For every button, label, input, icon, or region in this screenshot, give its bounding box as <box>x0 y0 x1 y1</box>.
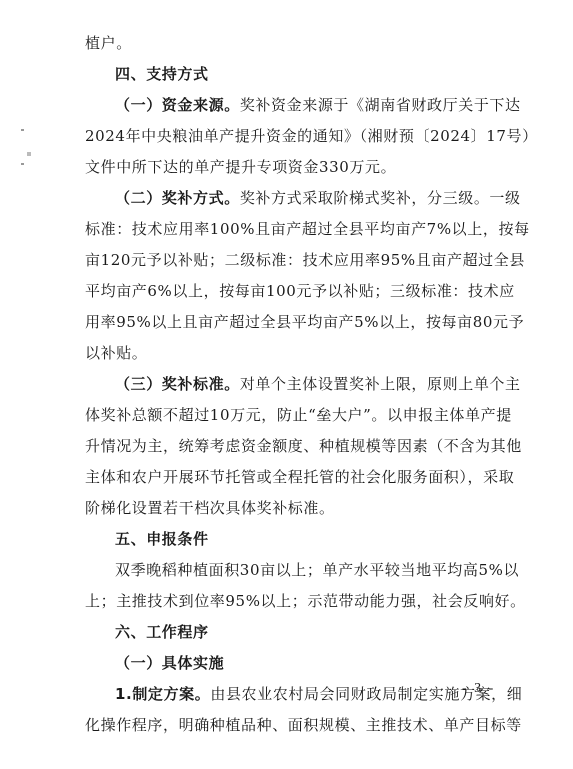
paragraph-line: 以补贴。 <box>85 338 499 369</box>
scan-artifact <box>27 152 31 156</box>
subheading-make-plan: 1.制定方案。 <box>115 685 210 703</box>
paragraph-line: 植户。 <box>85 28 499 59</box>
paragraph-line: 标准：技术应用率100%且亩产超过全县平均亩产7%以上，按每 <box>85 214 499 245</box>
paragraph-line: 平均亩产6%以上，按每亩100元予以补贴；三级标准：技术应 <box>85 276 499 307</box>
paragraph-line: （三）奖补标准。对单个主体设置奖补上限，原则上单个主 <box>85 369 499 400</box>
paragraph-line: 升情况为主，统筹考虑资金额度、种植规模等因素（不含为其他 <box>85 431 499 462</box>
document-page: 植户。 四、支持方式 （一）资金来源。奖补资金来源于《湖南省财政厅关于下达 20… <box>85 28 499 741</box>
section-heading-application-conditions: 五、申报条件 <box>85 524 499 555</box>
paragraph-text: 奖补方式采取阶梯式奖补，分三级。一级 <box>240 189 521 207</box>
paragraph-line: 2024年中央粮油单产提升资金的通知》（湘财预〔2024〕17号） <box>85 121 499 152</box>
subheading-fund-source: （一）资金来源。 <box>115 96 240 114</box>
paragraph-line: （一）资金来源。奖补资金来源于《湖南省财政厅关于下达 <box>85 90 499 121</box>
paragraph-line: 文件中所下达的单产提升专项资金330万元。 <box>85 152 499 183</box>
paragraph-line: 亩120元予以补贴；二级标准：技术应用率95%且亩产超过全县 <box>85 245 499 276</box>
paragraph-line: （二）奖补方式。奖补方式采取阶梯式奖补，分三级。一级 <box>85 183 499 214</box>
paragraph-text: 奖补资金来源于《湖南省财政厅关于下达 <box>240 96 521 114</box>
paragraph-line: 主体和农户开展环节托管或全程托管的社会化服务面积），采取 <box>85 462 499 493</box>
paragraph-line: 1.制定方案。由县农业农村局会同财政局制定实施方案，细 <box>85 679 499 710</box>
subheading-implementation: （一）具体实施 <box>85 648 499 679</box>
section-heading-work-procedure: 六、工作程序 <box>85 617 499 648</box>
paragraph-line: 上；主推技术到位率95%以上；示范带动能力强，社会反响好。 <box>85 586 499 617</box>
paragraph-line: 体奖补总额不超过10万元，防止“垒大户”。以申报主体单产提 <box>85 400 499 431</box>
subheading-reward-standard: （三）奖补标准。 <box>115 375 240 393</box>
paragraph-line: 阶梯化设置若干档次具体奖补标准。 <box>85 493 499 524</box>
paragraph-line: 双季晚稻种植面积30亩以上；单产水平较当地平均高5%以 <box>85 555 499 586</box>
scan-artifact <box>21 129 24 131</box>
scan-artifact <box>21 163 24 165</box>
subheading-reward-method: （二）奖补方式。 <box>115 189 240 207</box>
paragraph-text: 对单个主体设置奖补上限，原则上单个主 <box>240 375 521 393</box>
paragraph-line: 用率95%以上且亩产超过全县平均亩产5%以上，按每亩80元予 <box>85 307 499 338</box>
paragraph-line: 化操作程序，明确种植品种、面积规模、主推技术、单产目标等 <box>85 710 499 741</box>
page-number: - 3 - <box>462 681 495 697</box>
section-heading-support-method: 四、支持方式 <box>85 59 499 90</box>
